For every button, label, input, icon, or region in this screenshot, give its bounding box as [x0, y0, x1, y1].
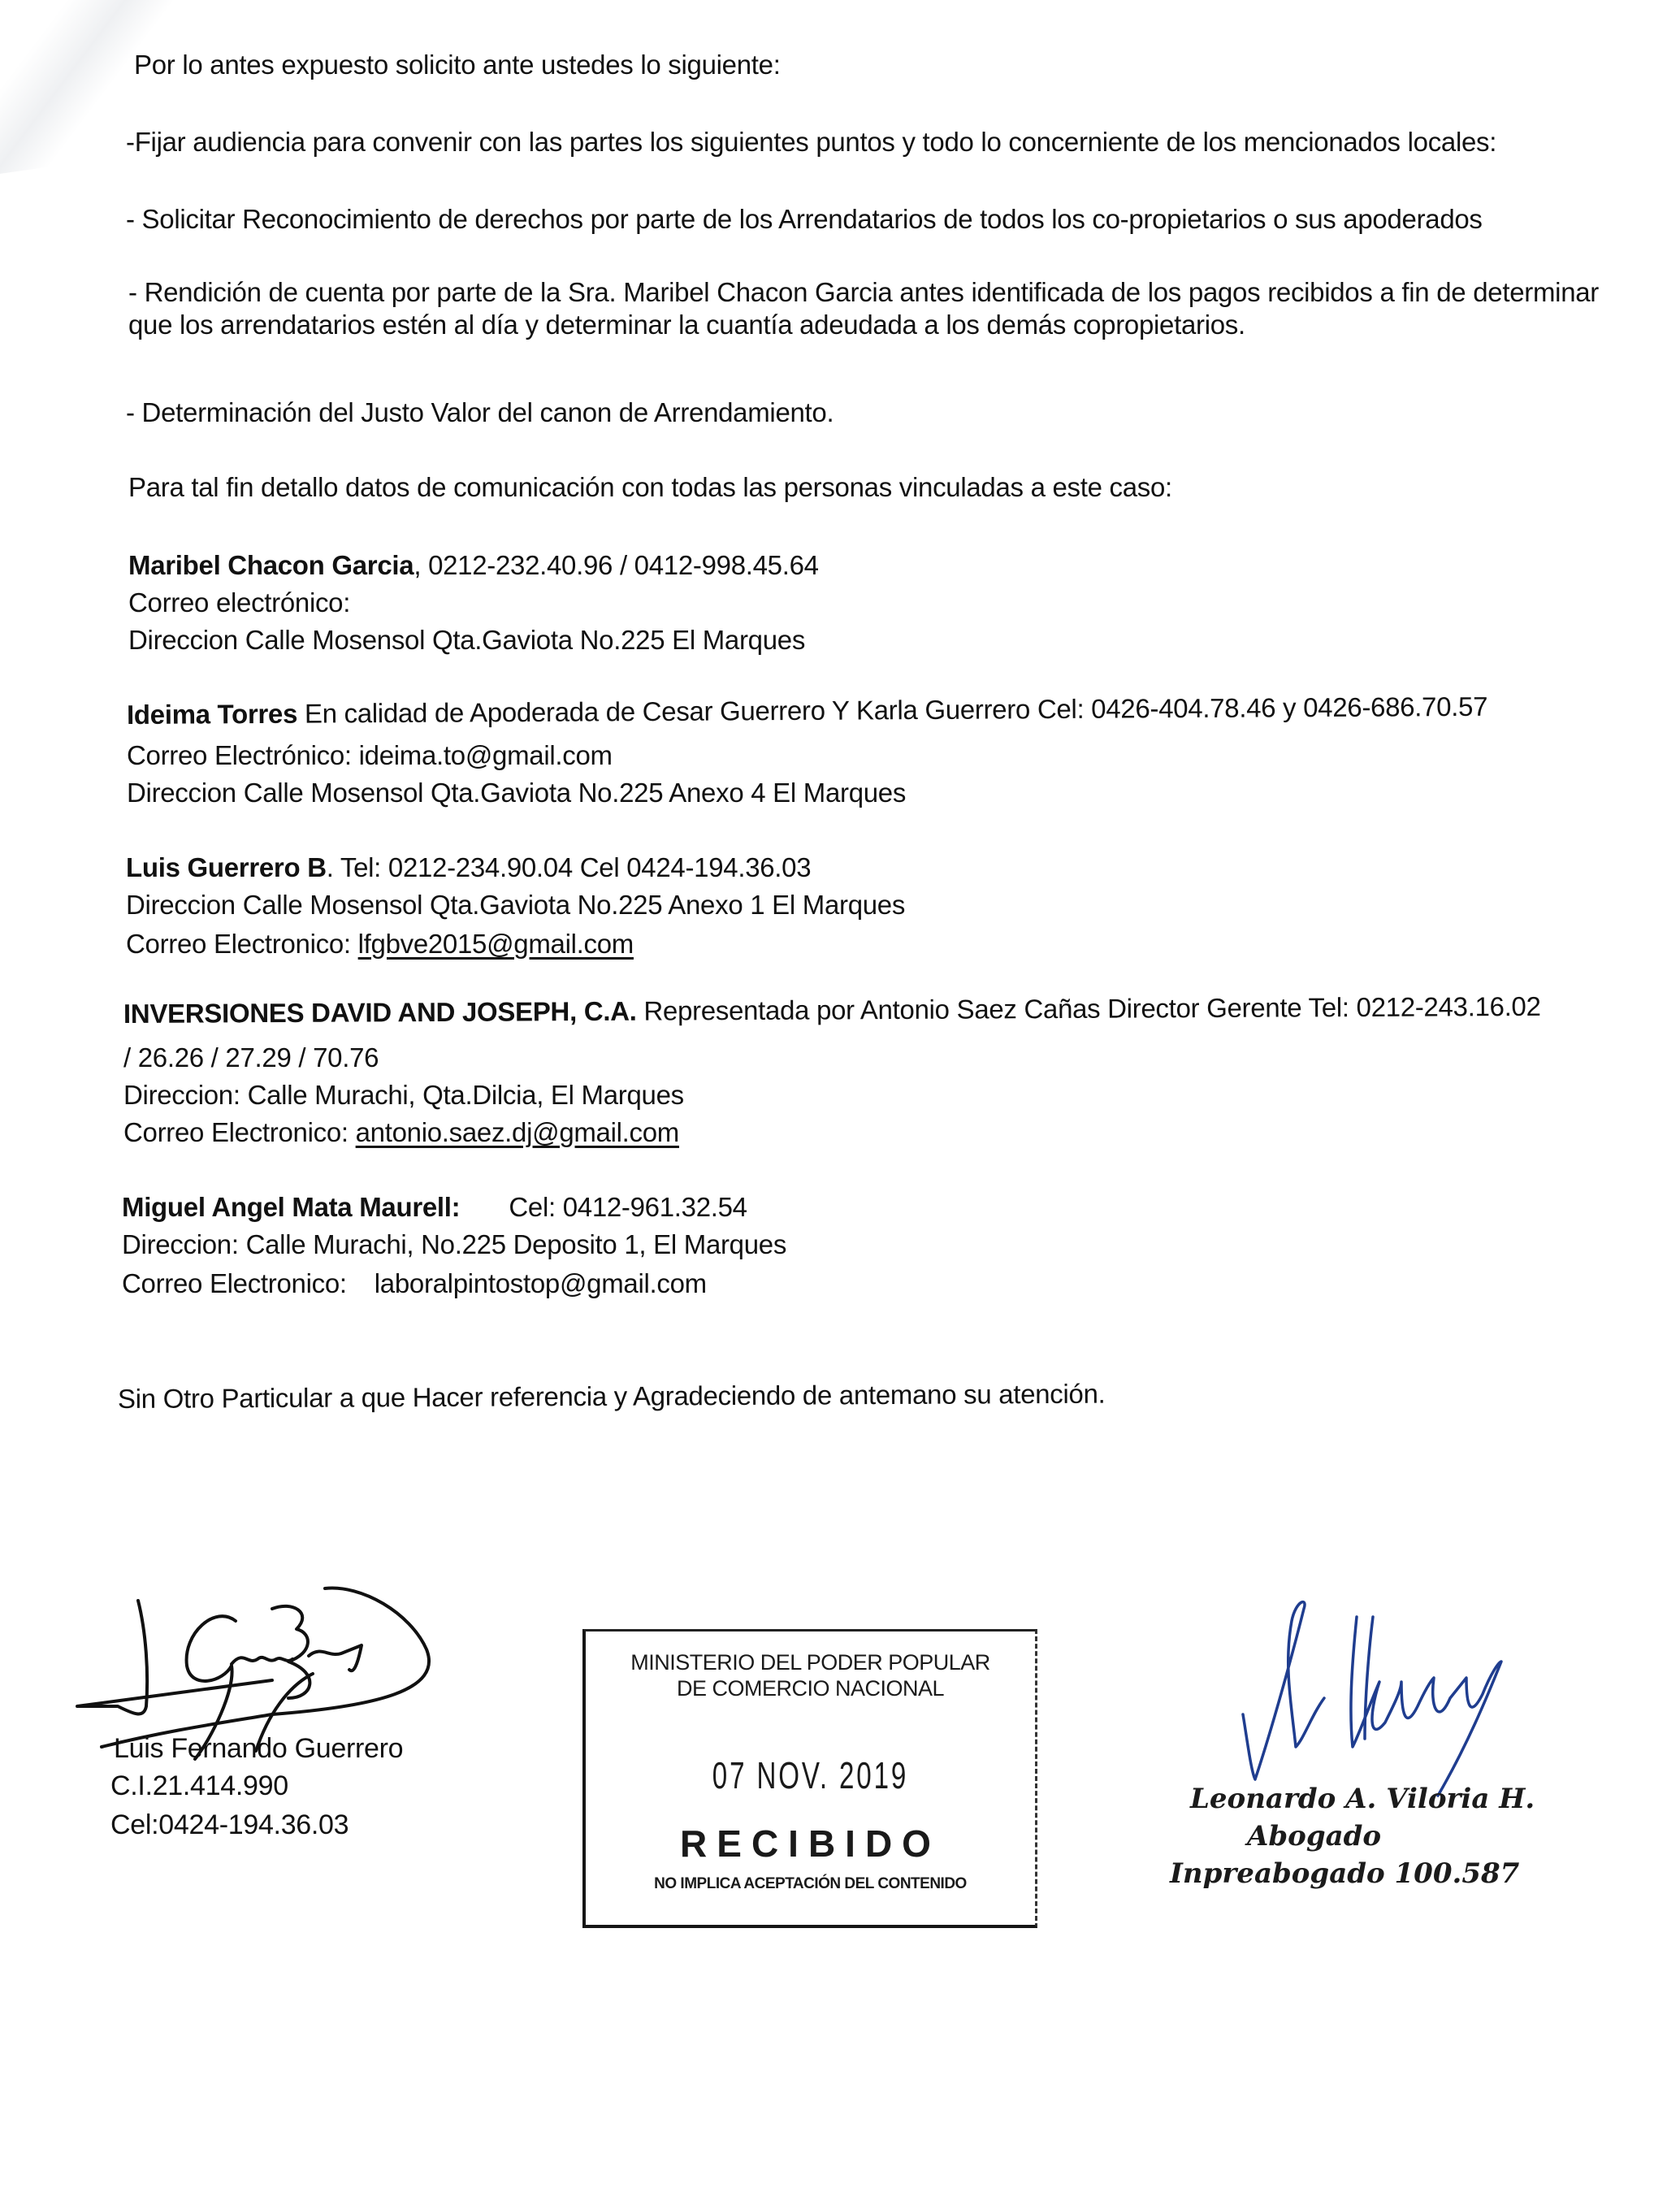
signatory-name: Luis Fernando Guerrero [114, 1732, 403, 1765]
closing-text: Sin Otro Particular a que Hacer referenc… [118, 1378, 1106, 1415]
request-item: - Rendición de cuenta por parte de la Sr… [128, 276, 1599, 341]
contact-heading: Ideima Torres En calidad de Apoderada de… [127, 691, 1487, 731]
contact-phones-extra: / 26.26 / 27.29 / 70.76 [123, 1042, 379, 1074]
contact-name: Ideima Torres [127, 699, 297, 730]
contact-email-link[interactable]: antonio.saez.dj@gmail.com [356, 1117, 679, 1147]
contact-email: Correo Electrónico: ideima.to@gmail.com [127, 739, 613, 772]
request-item: - Solicitar Reconocimiento de derechos p… [126, 203, 1483, 236]
contact-email-link[interactable]: lfgbve2015@gmail.com [358, 929, 634, 959]
stamp-ministry-line2: DE COMERCIO NACIONAL [586, 1675, 1035, 1701]
contact-name: Maribel Chacon Garcia [128, 550, 414, 580]
contact-address: Direccion Calle Mosensol Qta.Gaviota No.… [126, 889, 905, 921]
contact-email-line: Correo Electronico: lfgbve2015@gmail.com [126, 928, 634, 960]
contact-email-line: Correo Electronico: antonio.saez.dj@gmai… [123, 1116, 679, 1149]
signatory-ci: C.I.21.414.990 [110, 1770, 288, 1802]
contact-name: Luis Guerrero B [126, 852, 327, 882]
contact-heading: Luis Guerrero B. Tel: 0212-234.90.04 Cel… [126, 851, 811, 884]
contact-detail: En calidad de Apoderada de Cesar Guerrer… [297, 691, 1487, 729]
lawyer-signature [1235, 1584, 1576, 1796]
contact-email-label: Correo electrónico: [128, 587, 350, 619]
signatory-phone: Cel:0424-194.36.03 [110, 1809, 349, 1841]
request-item: -Fijar audiencia para convenir con las p… [126, 126, 1496, 158]
lawyer-name: Leonardo A. Viloria H. [1190, 1781, 1535, 1817]
contact-address: Direccion Calle Mosensol Qta.Gaviota No.… [128, 624, 805, 656]
contact-heading: Miguel Angel Mata Maurell:Cel: 0412-961.… [122, 1191, 747, 1224]
contacts-intro: Para tal fin detallo datos de comunicaci… [128, 471, 1172, 504]
request-item: - Determinación del Justo Valor del cano… [126, 396, 834, 429]
contact-phones: . Tel: 0212-234.90.04 Cel 0424-194.36.03 [327, 852, 812, 882]
contact-email-line: Correo Electronico:laboralpintostop@gmai… [122, 1267, 707, 1300]
contact-email: laboralpintostop@gmail.com [375, 1268, 707, 1298]
contact-name: INVERSIONES DAVID AND JOSEPH, C.A. [123, 996, 637, 1029]
stamp-status: RECIBIDO [586, 1822, 1035, 1865]
stamp-ministry-line1: MINISTERIO DEL PODER POPULAR [586, 1649, 1035, 1675]
stamp-date: 07 NOV. 2019 [648, 1753, 972, 1797]
contact-address: Direccion: Calle Murachi, Qta.Dilcia, El… [123, 1079, 684, 1111]
contact-phones: Cel: 0412-961.32.54 [509, 1192, 747, 1222]
contact-email-label: Correo Electronico: [122, 1268, 347, 1298]
contact-address: Direccion Calle Mosensol Qta.Gaviota No.… [127, 777, 906, 809]
contact-email-label: Correo Electronico: [126, 929, 358, 959]
contact-email-label: Correo Electronico: [123, 1117, 356, 1147]
reception-stamp: MINISTERIO DEL PODER POPULAR DE COMERCIO… [582, 1629, 1037, 1928]
contact-detail: Representada por Antonio Saez Cañas Dire… [636, 991, 1540, 1026]
contact-address: Direccion: Calle Murachi, No.225 Deposit… [122, 1228, 786, 1261]
contact-heading: INVERSIONES DAVID AND JOSEPH, C.A. Repre… [123, 990, 1541, 1030]
lawyer-registry: Inpreabogado 100.587 [1170, 1856, 1519, 1891]
stamp-disclaimer: NO IMPLICA ACEPTACIÓN DEL CONTENIDO [586, 1875, 1035, 1893]
lawyer-title: Abogado [1247, 1818, 1381, 1854]
contact-phones: , 0212-232.40.96 / 0412-998.45.64 [414, 550, 818, 580]
contact-name: Miguel Angel Mata Maurell: [122, 1192, 460, 1222]
intro-text: Por lo antes expuesto solicito ante uste… [134, 49, 781, 81]
contact-heading: Maribel Chacon Garcia, 0212-232.40.96 / … [128, 549, 819, 582]
